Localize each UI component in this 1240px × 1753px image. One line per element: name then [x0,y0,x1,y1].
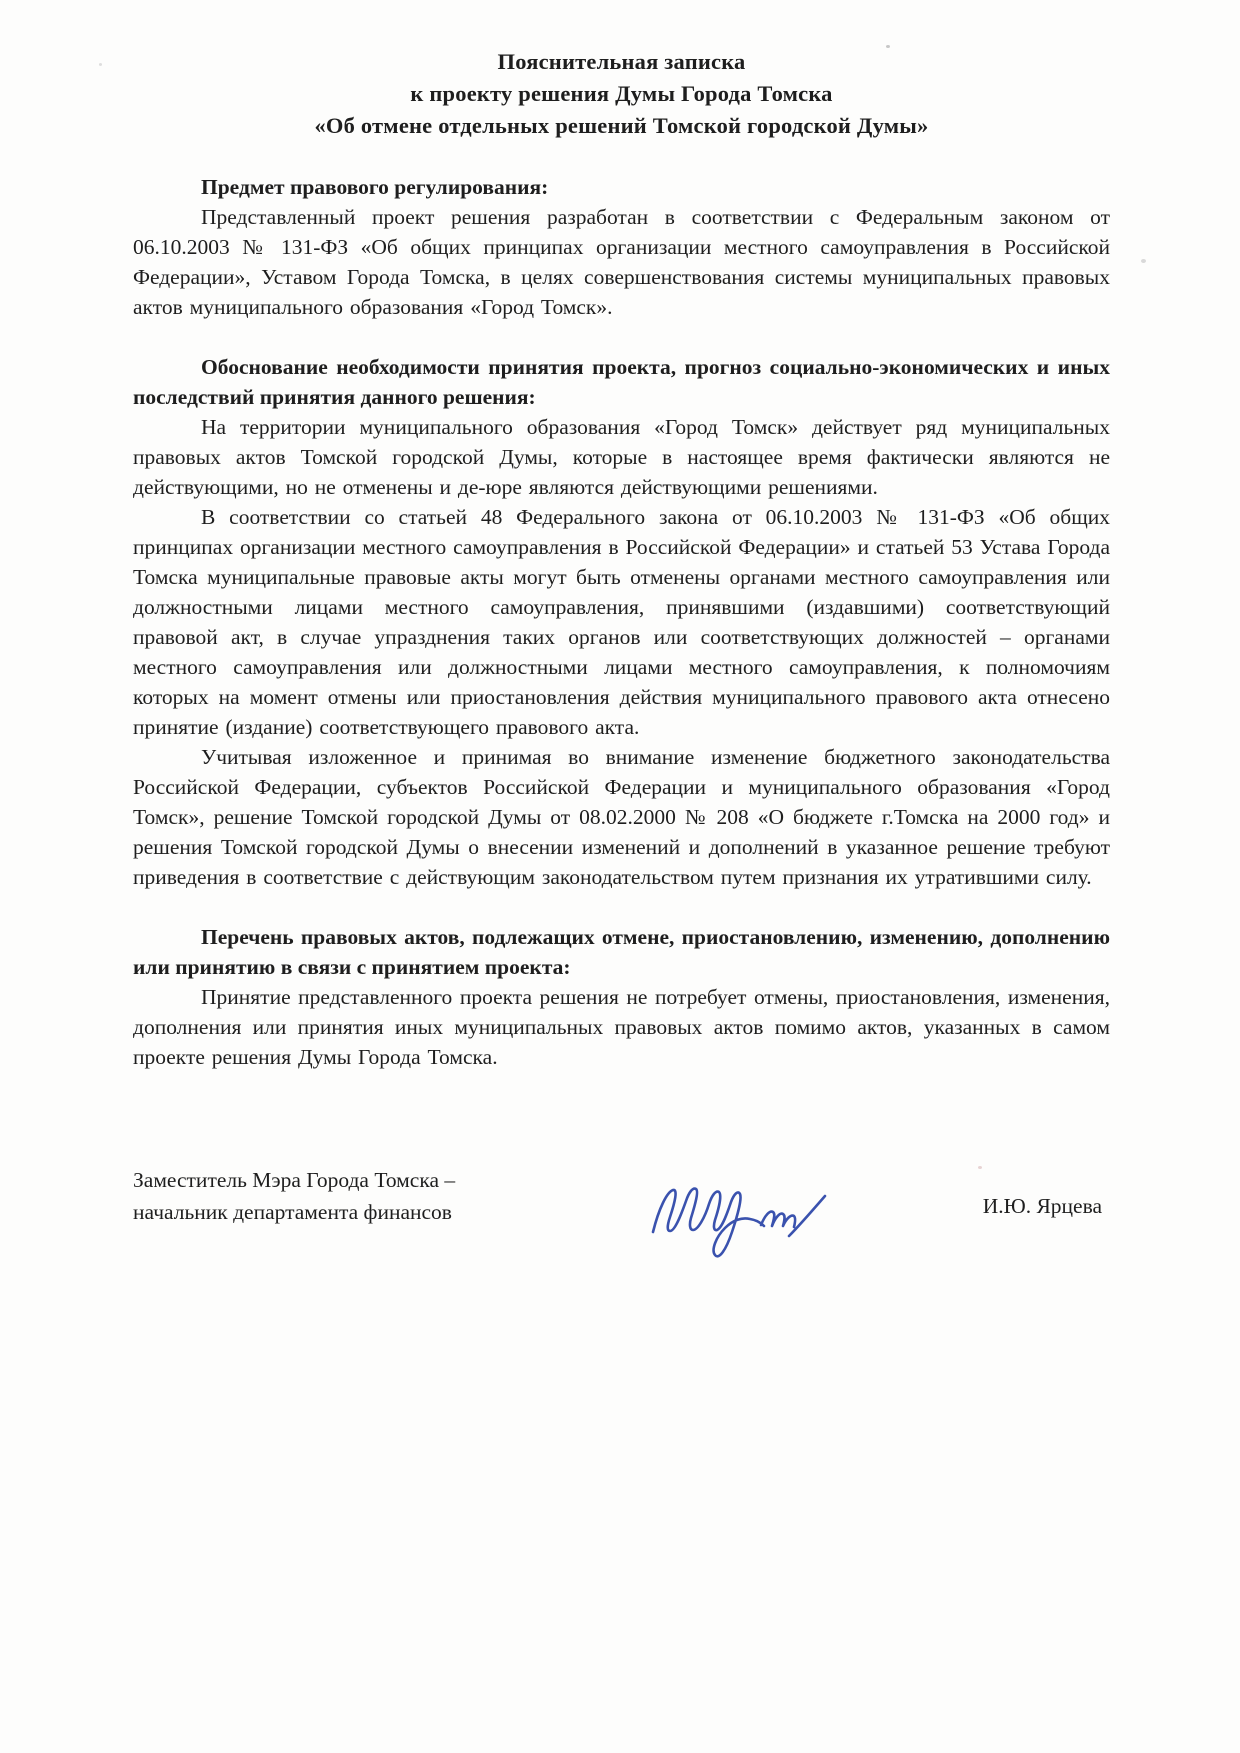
signatory-name: И.Ю. Ярцева [983,1190,1102,1222]
paragraph: В соответствии со статьей 48 Федеральног… [133,502,1110,742]
paragraph: На территории муниципального образования… [133,412,1110,502]
signature-block: Заместитель Мэра Города Томска – начальн… [133,1164,1110,1334]
section-heading-subject: Предмет правового регулирования: [133,172,1110,202]
scan-speck [99,63,102,66]
title-line-2: к проекту решения Думы Города Томска [133,78,1110,110]
title-line-1: Пояснительная записка [133,46,1110,78]
scanned-document-page: Пояснительная записка к проекту решения … [0,0,1240,1753]
document-content: Пояснительная записка к проекту решения … [133,46,1110,1334]
paragraph: Представленный проект решения разработан… [133,202,1110,322]
document-title: Пояснительная записка к проекту решения … [133,46,1110,142]
signature-autograph [638,1170,858,1270]
section-heading-acts-list: Перечень правовых актов, подлежащих отме… [133,922,1110,982]
title-line-3: «Об отмене отдельных решений Томской гор… [133,110,1110,142]
signatory-position: Заместитель Мэра Города Томска – начальн… [133,1164,455,1228]
paragraph: Принятие представленного проекта решения… [133,982,1110,1072]
section-heading-justification: Обоснование необходимости принятия проек… [133,352,1110,412]
paragraph: Учитывая изложенное и принимая во вниман… [133,742,1110,892]
pen-stroke [653,1189,825,1257]
scan-speck [1141,259,1146,263]
